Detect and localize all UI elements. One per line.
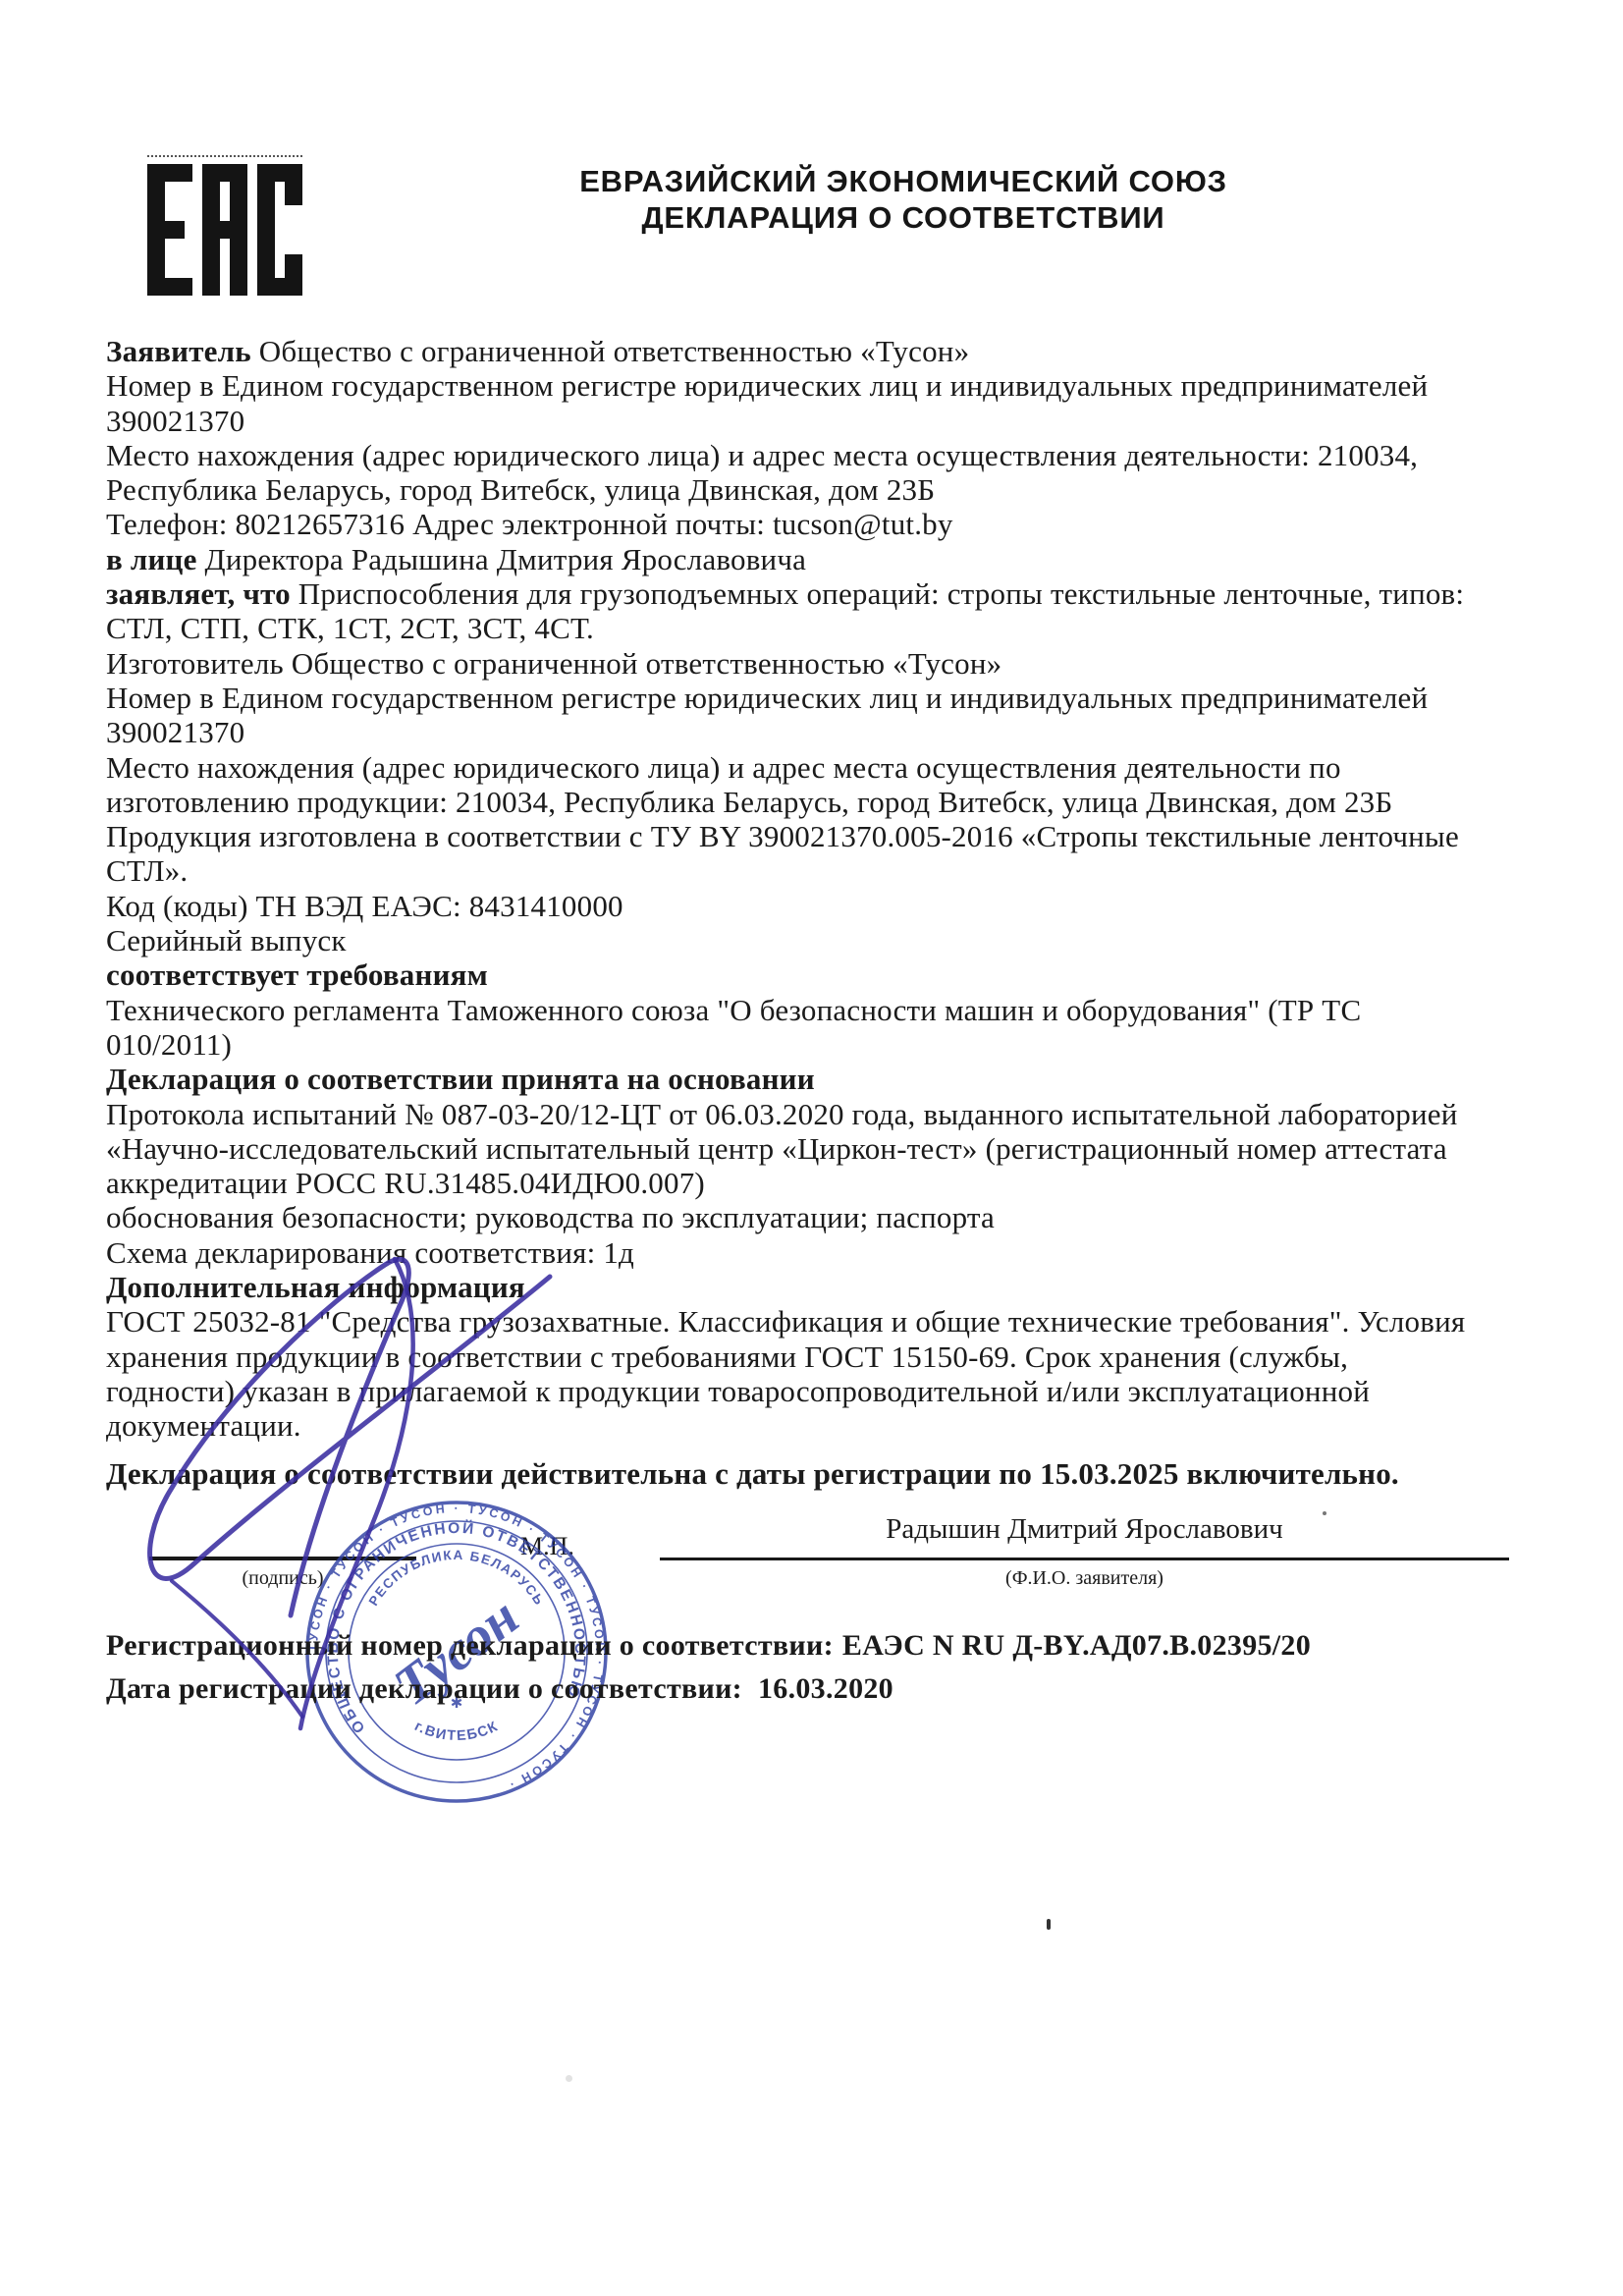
declaration-document: ЕВРАЗИЙСКИЙ ЭКОНОМИЧЕСКИЙ СОЮЗ ДЕКЛАРАЦИ… (0, 0, 1623, 2296)
scan-artifact (566, 2075, 572, 2082)
document-title: ЕВРАЗИЙСКИЙ ЭКОНОМИЧЕСКИЙ СОЮЗ ДЕКЛАРАЦИ… (373, 163, 1434, 236)
eac-logo (147, 164, 302, 296)
fio-line (660, 1558, 1509, 1560)
applicant-name: Радышин Дмитрий Ярославович (660, 1513, 1509, 1546)
document-line: Код (коды) ТН ВЭД ЕАЭС: 8431410000 (106, 889, 1465, 923)
document-line: Место нахождения (адрес юридического лиц… (106, 438, 1465, 472)
scan-line-artifact (147, 155, 302, 157)
fio-caption: (Ф.И.О. заявителя) (660, 1567, 1509, 1590)
title-line-2: ДЕКЛАРАЦИЯ О СООТВЕТСТВИИ (373, 199, 1434, 236)
document-line: заявляет, что Приспособления для грузопо… (106, 576, 1465, 611)
document-line: соответствует требованиям (106, 957, 1465, 992)
document-line: СТЛ, СТП, СТК, 1СТ, 2СТ, 3СТ, 4СТ. (106, 611, 1465, 645)
scan-artifact (1323, 1511, 1326, 1515)
registration-number-value: ЕАЭС N RU Д-BY.АД07.В.02395/20 (842, 1629, 1311, 1662)
document-line: Место нахождения (адрес юридического лиц… (106, 750, 1465, 785)
title-line-1: ЕВРАЗИЙСКИЙ ЭКОНОМИЧЕСКИЙ СОЮЗ (373, 163, 1434, 199)
document-line: изготовлению продукции: 210034, Республи… (106, 785, 1465, 819)
document-line: Продукция изготовлена в соответствии с Т… (106, 819, 1465, 853)
document-line: Республика Беларусь, город Витебск, улиц… (106, 472, 1465, 507)
document-line: Технического регламента Таможенного союз… (106, 993, 1465, 1027)
document-line: в лице Директора Радышина Дмитрия Яросла… (106, 542, 1465, 576)
document-line: 010/2011) (106, 1027, 1465, 1062)
document-line: Телефон: 80212657316 Адрес электронной п… (106, 507, 1465, 541)
document-line: Изготовитель Общество с ограниченной отв… (106, 646, 1465, 681)
document-line: 390021370 (106, 715, 1465, 749)
document-line: Декларация о соответствии принята на осн… (106, 1062, 1465, 1096)
document-line: 390021370 (106, 404, 1465, 438)
document-line: СТЛ». (106, 853, 1465, 888)
document-line: Заявитель Общество с ограниченной ответс… (106, 334, 1465, 368)
document-line: Протокола испытаний № 087-03-20/12-ЦТ от… (106, 1097, 1465, 1131)
handwritten-signature (116, 1228, 607, 1763)
document-line: Номер в Едином государственном регистре … (106, 368, 1465, 403)
scan-artifact (1047, 1919, 1051, 1930)
document-line: аккредитации РОСС RU.31485.04ИДЮ0.007) (106, 1166, 1465, 1200)
document-line: Номер в Едином государственном регистре … (106, 681, 1465, 715)
document-line: Серийный выпуск (106, 923, 1465, 957)
document-line: «Научно-исследовательский испытательный … (106, 1131, 1465, 1166)
eac-letters (147, 164, 302, 296)
registration-date-value: 16.03.2020 (758, 1672, 893, 1705)
